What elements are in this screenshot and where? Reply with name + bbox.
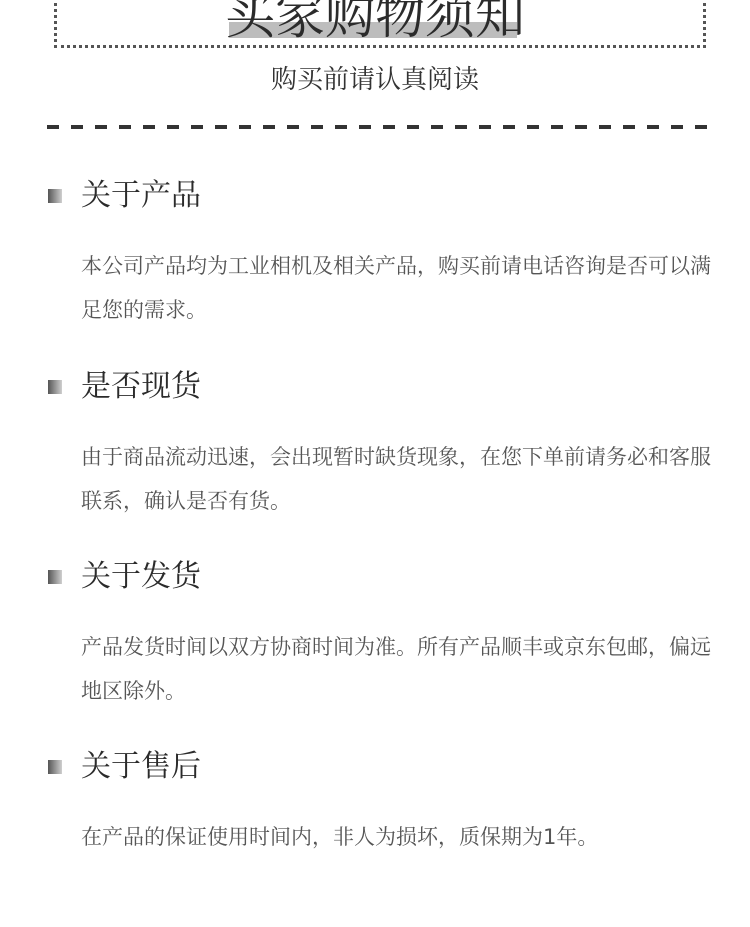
- section-title: 关于产品: [81, 176, 201, 216]
- header: 买家购物须知: [0, 0, 750, 46]
- dashed-divider: [47, 125, 717, 129]
- square-bullet-icon: [48, 570, 62, 584]
- page-title: 买家购物须知: [225, 0, 525, 46]
- section-body: 由于商品流动迅速，会出现暂时缺货现象，在您下单前请务必和客服联系，确认是否有货。: [81, 435, 731, 523]
- section-body: 本公司产品均为工业相机及相关产品，购买前请电话咨询是否可以满足您的需求。: [81, 244, 731, 332]
- square-bullet-icon: [48, 189, 62, 203]
- section-shipping: 关于发货 产品发货时间以双方协商时间为准。所有产品顺丰或京东包邮，偏远地区除外。: [48, 555, 728, 713]
- section-title: 关于售后: [81, 747, 201, 787]
- section-about-product: 关于产品 本公司产品均为工业相机及相关产品，购买前请电话咨询是否可以满足您的需求…: [48, 174, 728, 332]
- section-title: 关于发货: [81, 557, 201, 597]
- page-title-text: 买家购物须知: [225, 0, 525, 45]
- section-stock: 是否现货 由于商品流动迅速，会出现暂时缺货现象，在您下单前请务必和客服联系，确认…: [48, 365, 728, 523]
- section-title: 是否现货: [81, 367, 201, 407]
- section-body: 在产品的保证使用时间内，非人为损坏，质保期为1年。: [81, 815, 731, 859]
- section-body: 产品发货时间以双方协商时间为准。所有产品顺丰或京东包邮，偏远地区除外。: [81, 625, 731, 713]
- square-bullet-icon: [48, 380, 62, 394]
- section-after-sales: 关于售后 在产品的保证使用时间内，非人为损坏，质保期为1年。: [48, 745, 728, 859]
- page-subtitle: 购买前请认真阅读: [0, 62, 750, 98]
- square-bullet-icon: [48, 760, 62, 774]
